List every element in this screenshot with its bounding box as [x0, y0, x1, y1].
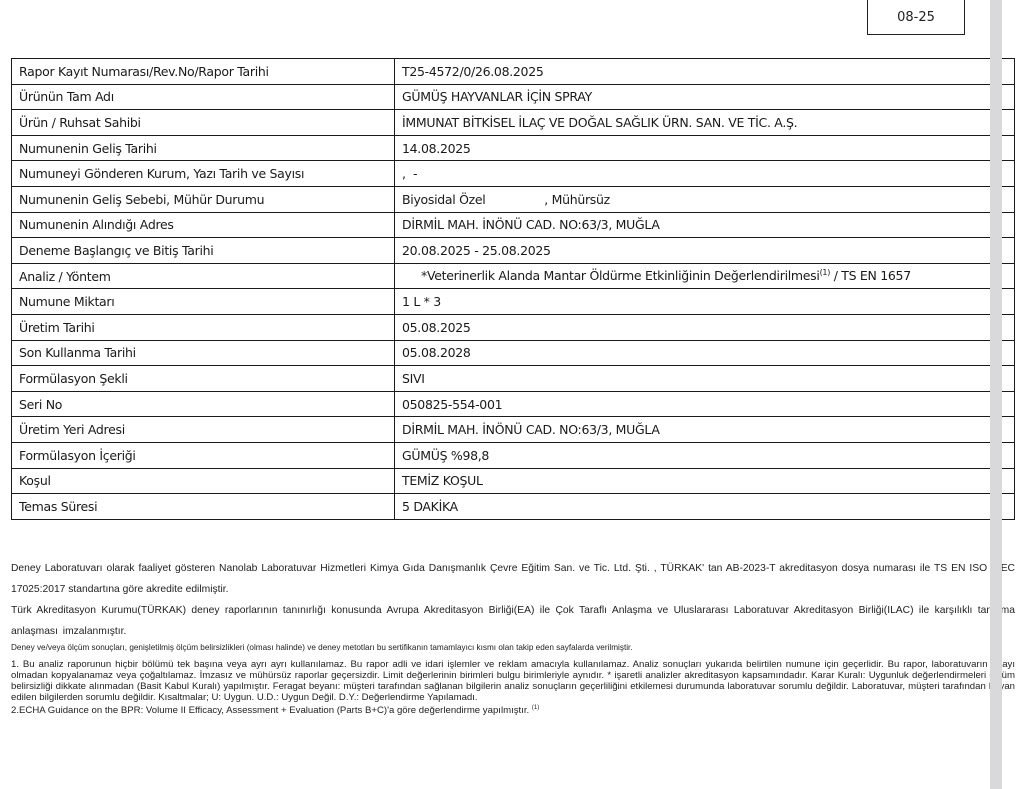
info-row: Numune Miktarı1 L * 3 [12, 289, 1015, 315]
info-value: DİRMİL MAH. İNÖNÜ CAD. NO:63/3, MUĞLA [395, 417, 1015, 443]
info-label: Deneme Başlangıç ve Bitiş Tarihi [12, 238, 395, 264]
info-label: Son Kullanma Tarihi [12, 340, 395, 366]
info-label: Numuneyi Gönderen Kurum, Yazı Tarih ve S… [12, 161, 395, 187]
document-code-box: 08-25 [867, 0, 965, 35]
footnote-1: 1. Bu analiz raporunun hiçbir bölümü tek… [11, 659, 1015, 703]
info-row: Ürünün Tam AdıGÜMÜŞ HAYVANLAR İÇİN SPRAY [12, 84, 1015, 110]
info-row: Üretim Yeri AdresiDİRMİL MAH. İNÖNÜ CAD.… [12, 417, 1015, 443]
info-row: Deneme Başlangıç ve Bitiş Tarihi20.08.20… [12, 238, 1015, 264]
info-value: TEMİZ KOŞUL [395, 468, 1015, 494]
info-row: Seri No050825-554-001 [12, 391, 1015, 417]
info-value: 1 L * 3 [395, 289, 1015, 315]
info-row: Numuneyi Gönderen Kurum, Yazı Tarih ve S… [12, 161, 1015, 187]
info-row: Numunenin Alındığı AdresDİRMİL MAH. İNÖN… [12, 212, 1015, 238]
report-info-table: Rapor Kayıt Numarası/Rev.No/Rapor Tarihi… [11, 58, 1015, 520]
info-label: Numunenin Geliş Tarihi [12, 135, 395, 161]
info-value: 05.08.2028 [395, 340, 1015, 366]
info-row: Analiz / Yöntem*Veterinerlik Alanda Mant… [12, 263, 1015, 289]
info-value: GÜMÜŞ %98,8 [395, 442, 1015, 468]
info-value: 20.08.2025 - 25.08.2025 [395, 238, 1015, 264]
info-row: Numunenin Geliş Tarihi14.08.2025 [12, 135, 1015, 161]
info-value: 5 DAKİKA [395, 494, 1015, 520]
info-value: 05.08.2025 [395, 314, 1015, 340]
info-label: Rapor Kayıt Numarası/Rev.No/Rapor Tarihi [12, 59, 395, 85]
info-value: DİRMİL MAH. İNÖNÜ CAD. NO:63/3, MUĞLA [395, 212, 1015, 238]
info-value: İMMUNAT BİTKİSEL İLAÇ VE DOĞAL SAĞLIK ÜR… [395, 110, 1015, 136]
info-value: 14.08.2025 [395, 135, 1015, 161]
info-label: Seri No [12, 391, 395, 417]
info-value: T25-4572/0/26.08.2025 [395, 59, 1015, 85]
info-row: Formülasyon İçeriğiGÜMÜŞ %98,8 [12, 442, 1015, 468]
info-row: Numunenin Geliş Sebebi, Mühür DurumuBiyo… [12, 186, 1015, 212]
info-value: Biyosidal Özel , Mühürsüz [395, 186, 1015, 212]
accreditation-note: Deney Laboratuvarı olarak faaliyet göste… [11, 558, 1015, 600]
document-code: 08-25 [897, 10, 935, 25]
info-value: GÜMÜŞ HAYVANLAR İÇİN SPRAY [395, 84, 1015, 110]
info-row: Formülasyon ŞekliSIVI [12, 366, 1015, 392]
info-label: Ürünün Tam Adı [12, 84, 395, 110]
info-label: Formülasyon İçeriği [12, 442, 395, 468]
info-value: *Veterinerlik Alanda Mantar Öldürme Etki… [395, 263, 1015, 289]
info-row: Temas Süresi5 DAKİKA [12, 494, 1015, 520]
info-label: Formülasyon Şekli [12, 366, 395, 392]
info-label: Temas Süresi [12, 494, 395, 520]
info-label: Ürün / Ruhsat Sahibi [12, 110, 395, 136]
footnotes: 1. Bu analiz raporunun hiçbir bölümü tek… [11, 659, 1015, 716]
results-note: Deney ve/veya ölçüm sonuçları, genişleti… [11, 641, 1015, 655]
info-row: Son Kullanma Tarihi05.08.2028 [12, 340, 1015, 366]
recognition-note: Türk Akreditasyon Kurumu(TÜRKAK) deney r… [11, 600, 1015, 642]
info-value: , - [395, 161, 1015, 187]
info-label: Üretim Tarihi [12, 314, 395, 340]
info-value: 050825-554-001 [395, 391, 1015, 417]
info-label: Numunenin Geliş Sebebi, Mühür Durumu [12, 186, 395, 212]
info-row: Üretim Tarihi05.08.2025 [12, 314, 1015, 340]
info-label: Üretim Yeri Adresi [12, 417, 395, 443]
info-row: Ürün / Ruhsat SahibiİMMUNAT BİTKİSEL İLA… [12, 110, 1015, 136]
info-label: Numune Miktarı [12, 289, 395, 315]
info-row: Rapor Kayıt Numarası/Rev.No/Rapor Tarihi… [12, 59, 1015, 85]
vertical-scrollbar[interactable] [990, 0, 1002, 789]
info-row: KoşulTEMİZ KOŞUL [12, 468, 1015, 494]
info-value: SIVI [395, 366, 1015, 392]
info-label: Numunenin Alındığı Adres [12, 212, 395, 238]
footnote-2: 2.ECHA Guidance on the BPR: Volume II Ef… [11, 703, 1015, 716]
info-label: Analiz / Yöntem [12, 263, 395, 289]
info-label: Koşul [12, 468, 395, 494]
